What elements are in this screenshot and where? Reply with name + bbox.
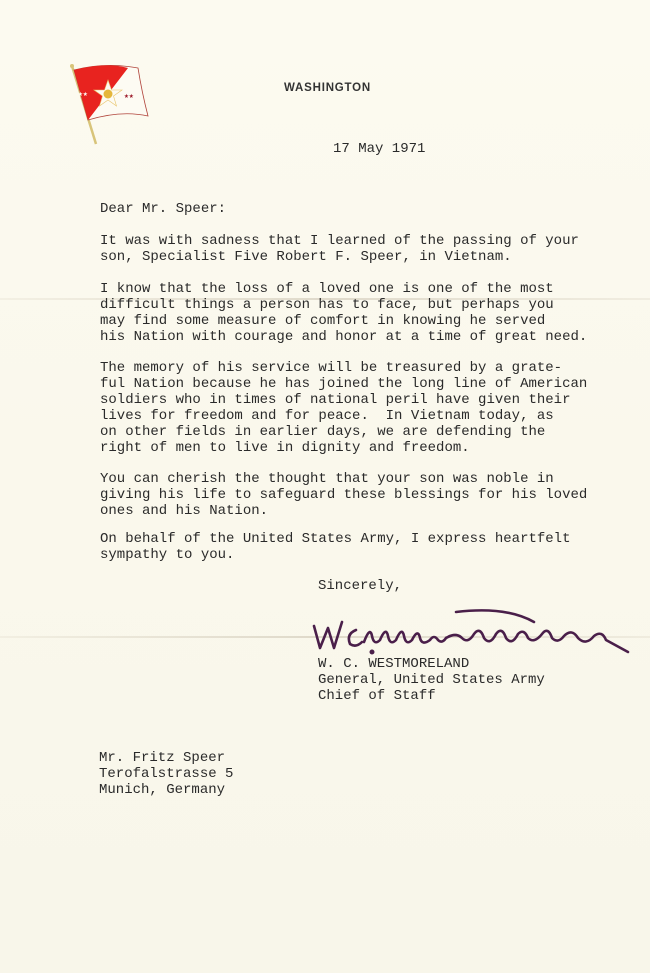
army-flag-icon: ★★ ★★ xyxy=(66,58,156,148)
paragraph-sympathy: On behalf of the United States Army, I e… xyxy=(100,531,570,563)
letterhead-city: WASHINGTON xyxy=(284,82,371,94)
paragraph-condolence: It was with sadness that I learned of th… xyxy=(100,233,579,265)
signer-name: W. C. WESTMORELAND xyxy=(318,656,469,672)
signature-block: W. C. WESTMORELAND General, United State… xyxy=(318,656,545,704)
recipient-city: Munich, Germany xyxy=(99,782,225,798)
svg-text:★★: ★★ xyxy=(124,92,134,101)
recipient-street: Terofalstrasse 5 xyxy=(99,766,233,782)
letter-date: 17 May 1971 xyxy=(333,141,425,157)
salutation: Dear Mr. Speer: xyxy=(100,201,226,217)
svg-text:★★: ★★ xyxy=(78,90,88,99)
handwritten-signature-icon xyxy=(306,604,636,660)
paragraph-cherish: You can cherish the thought that your so… xyxy=(100,471,587,519)
signer-position: Chief of Staff xyxy=(318,688,436,704)
recipient-name: Mr. Fritz Speer xyxy=(99,750,225,766)
closing: Sincerely, xyxy=(318,578,402,594)
paragraph-comfort: I know that the loss of a loved one is o… xyxy=(100,281,587,345)
paragraph-memory: The memory of his service will be treasu… xyxy=(100,360,587,456)
signer-title: General, United States Army xyxy=(318,672,545,688)
recipient-address: Mr. Fritz Speer Terofalstrasse 5 Munich,… xyxy=(99,750,233,798)
